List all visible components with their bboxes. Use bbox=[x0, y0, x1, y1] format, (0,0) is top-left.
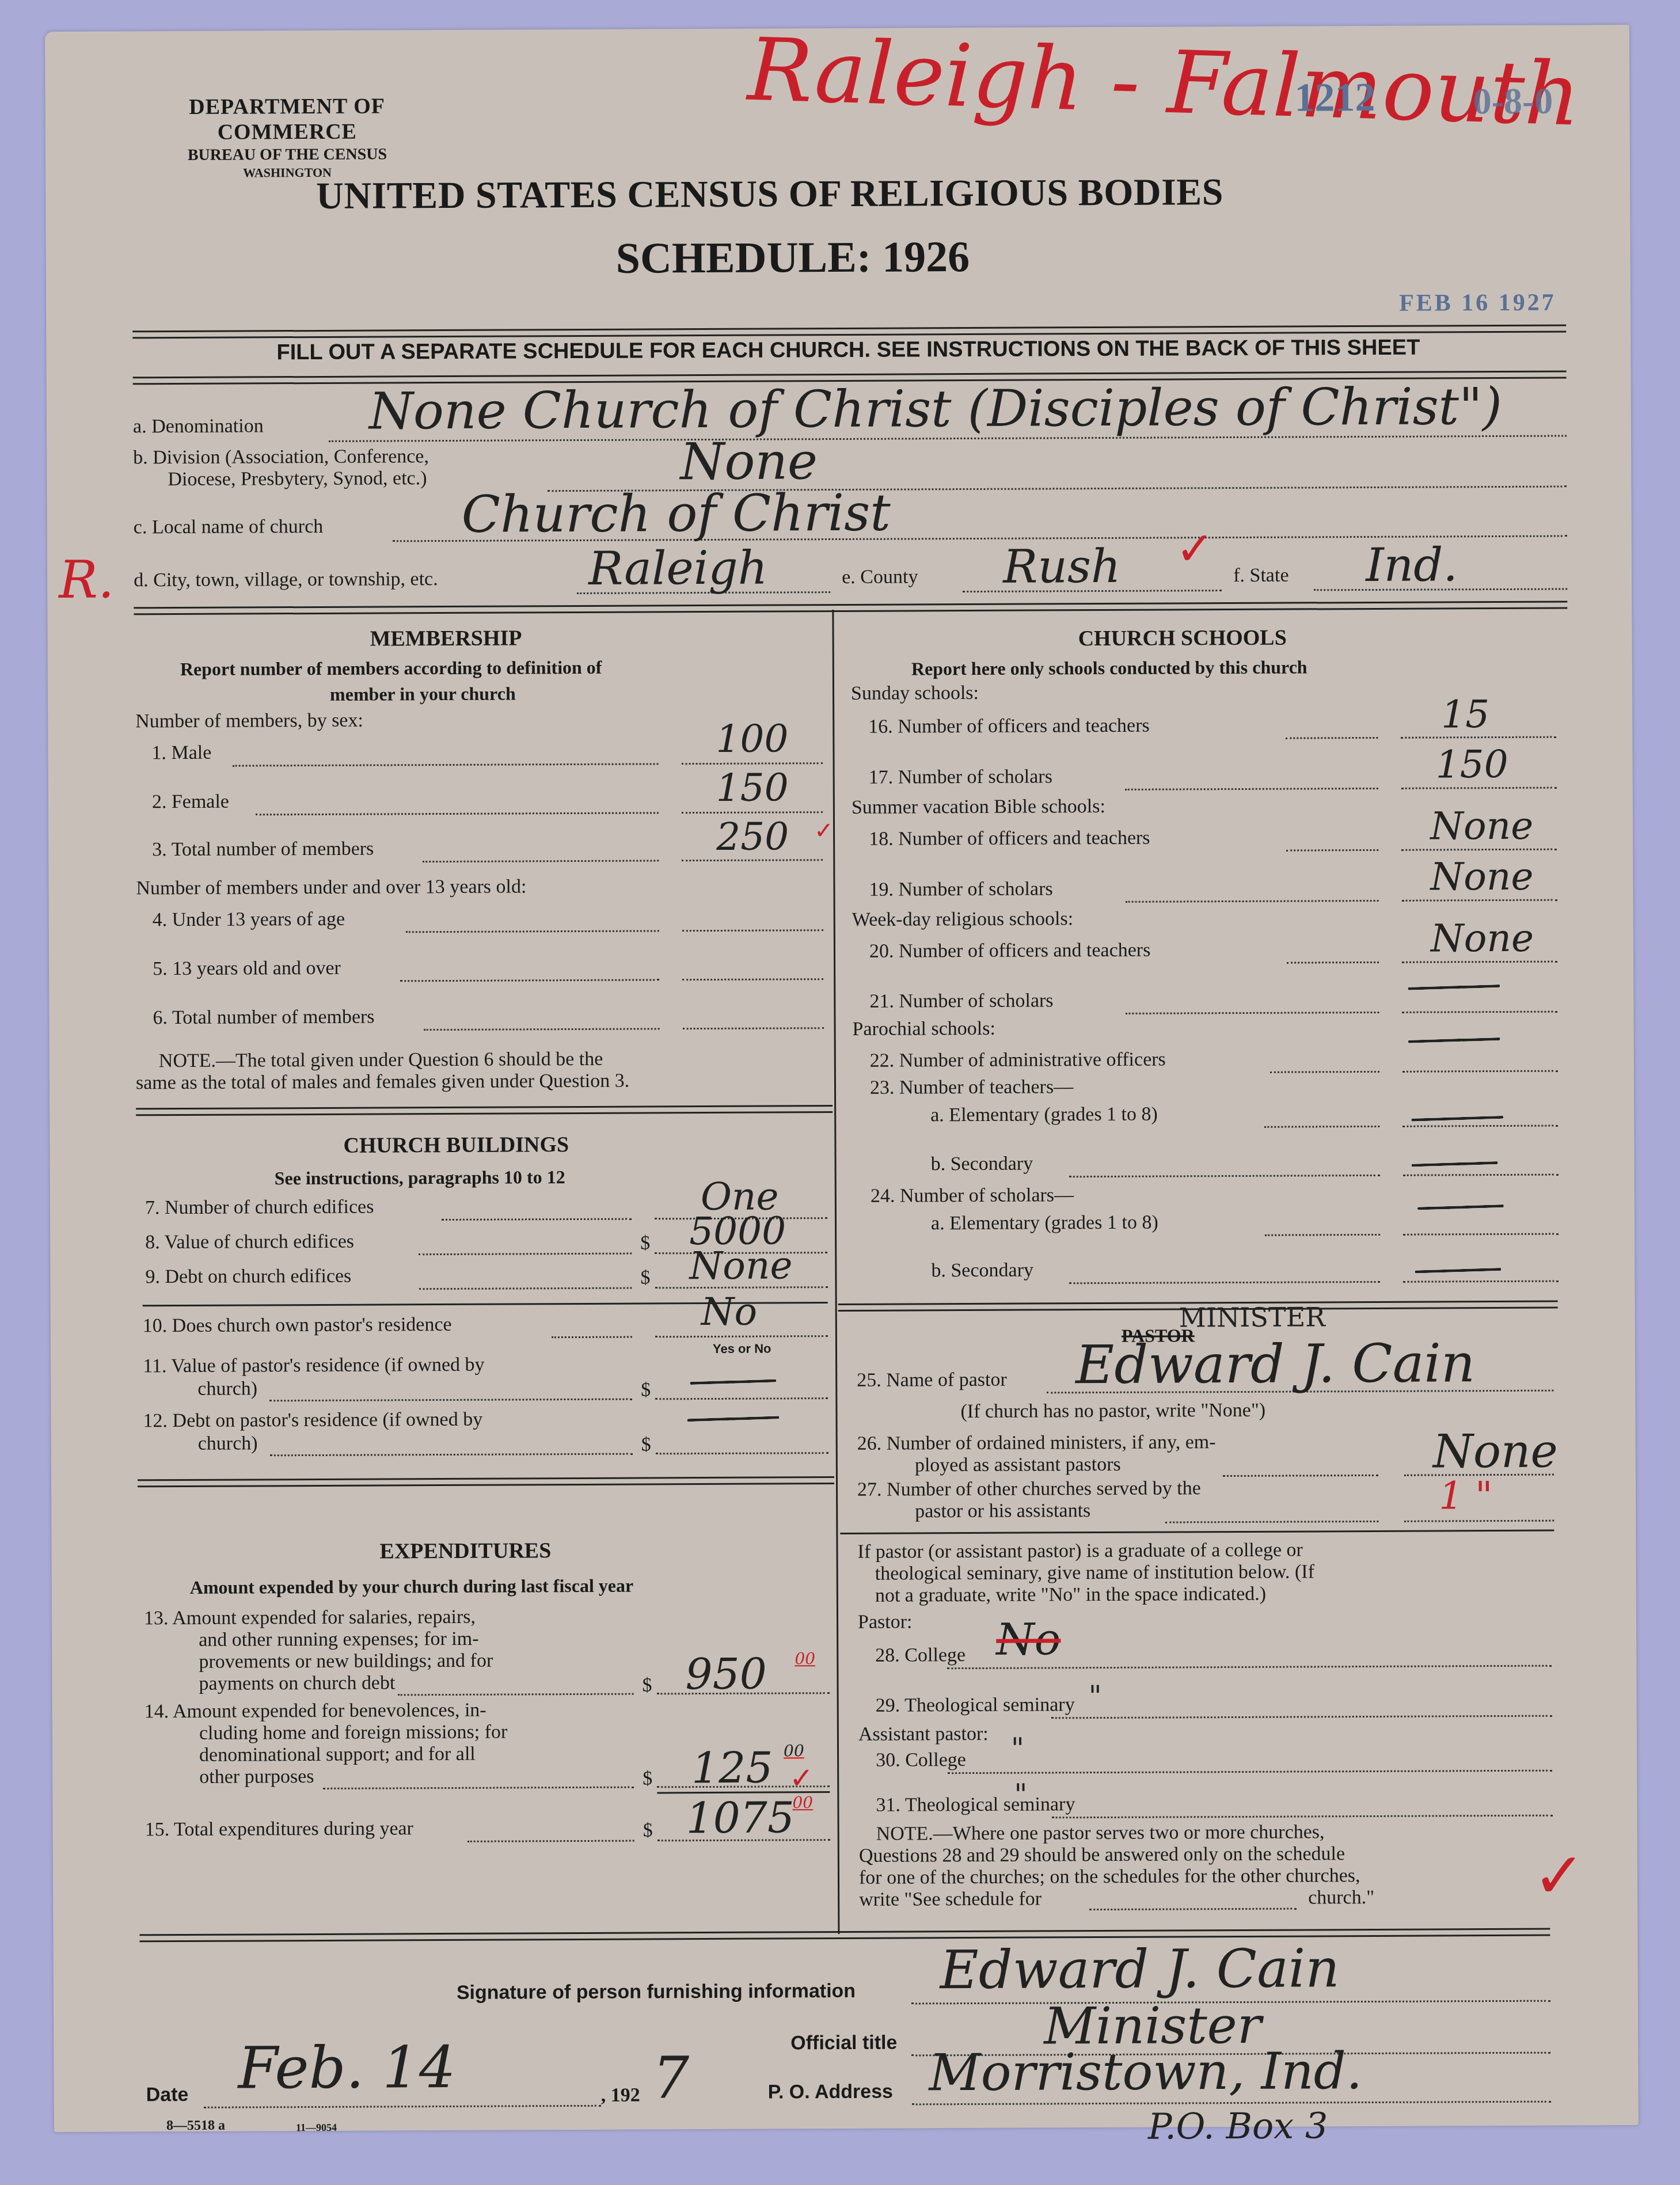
q13-line-4: payments on church debt bbox=[199, 1672, 395, 1694]
q6-leader bbox=[424, 1028, 660, 1031]
margin-check-icon: ✓ bbox=[1533, 1838, 1586, 1913]
q12-leader bbox=[270, 1453, 633, 1457]
q26-value[interactable]: None bbox=[1433, 1424, 1558, 1479]
q8-currency: $ bbox=[640, 1232, 650, 1254]
po-box-annotation: P.O. Box 3 bbox=[1148, 2104, 1328, 2147]
q29-value[interactable]: " bbox=[1089, 1679, 1102, 1713]
q2-value[interactable]: 150 bbox=[716, 765, 789, 810]
q6-field[interactable] bbox=[683, 1027, 824, 1029]
assistant-subhead: Assistant pastor: bbox=[858, 1723, 989, 1746]
q27-field[interactable] bbox=[1404, 1520, 1554, 1522]
q11-label-2: church) bbox=[197, 1378, 257, 1400]
q6-label: 6. Total number of members bbox=[153, 1006, 374, 1029]
buildings-rule bbox=[138, 1476, 834, 1487]
year-prefix: , 192 bbox=[601, 2085, 640, 2107]
q3-leader bbox=[423, 860, 659, 862]
q30-value[interactable]: " bbox=[1011, 1732, 1024, 1765]
q16-field[interactable] bbox=[1401, 736, 1556, 739]
q24a-dash bbox=[1417, 1204, 1504, 1210]
q21-field[interactable] bbox=[1402, 1011, 1557, 1013]
q17-leader bbox=[1125, 788, 1378, 791]
column-divider bbox=[832, 610, 839, 1934]
q1-label: 1. Male bbox=[151, 742, 211, 764]
q22-leader bbox=[1270, 1071, 1379, 1073]
q3-value[interactable]: 250 bbox=[716, 814, 789, 859]
graduate-text-1: If pastor (or assistant pastor) is a gra… bbox=[857, 1539, 1302, 1563]
q10-value[interactable]: No bbox=[701, 1290, 758, 1334]
department-header: DEPARTMENT OF COMMERCE BUREAU OF THE CEN… bbox=[137, 93, 437, 181]
q23b-label: b. Secondary bbox=[931, 1153, 1033, 1176]
q24-label: 24. Number of scholars— bbox=[871, 1184, 1074, 1207]
q19-value[interactable]: None bbox=[1430, 854, 1533, 899]
q26-label-2: ployed as assistant pastors bbox=[915, 1454, 1121, 1477]
q11-field[interactable] bbox=[655, 1397, 828, 1400]
q12-field[interactable] bbox=[656, 1452, 828, 1454]
q17-label: 17. Number of scholars bbox=[869, 766, 1052, 788]
graduate-text-3: not a graduate, write "No" in the space … bbox=[875, 1583, 1266, 1607]
q13-leader bbox=[398, 1693, 634, 1696]
county-value[interactable]: Rush bbox=[1003, 539, 1121, 594]
q14-line-2: cluding home and foreign missions; for bbox=[199, 1722, 508, 1745]
q13-value[interactable]: 950 bbox=[685, 1650, 767, 1700]
q14-line-3: denominational support; and for all bbox=[199, 1743, 476, 1766]
q15-value[interactable]: 1075 bbox=[686, 1793, 795, 1843]
q14-check-icon: ✓ bbox=[789, 1761, 814, 1795]
q21-dash bbox=[1408, 985, 1500, 990]
q23a-dash bbox=[1411, 1116, 1503, 1122]
q22-label: 22. Number of administrative officers bbox=[870, 1049, 1166, 1072]
q22-dash bbox=[1408, 1038, 1500, 1043]
red-heading-annotation: Raleigh - Falmouth bbox=[746, 20, 1582, 145]
denomination-value[interactable]: None Church of Christ (Disciples of Chri… bbox=[369, 377, 1502, 441]
q1-field[interactable] bbox=[682, 762, 823, 765]
q23a-field[interactable] bbox=[1402, 1125, 1558, 1127]
q22-field[interactable] bbox=[1402, 1070, 1558, 1073]
q24a-field[interactable] bbox=[1403, 1233, 1559, 1236]
minister-annotation: MINISTER bbox=[1179, 1301, 1325, 1333]
q23a-label: a. Elementary (grades 1 to 8) bbox=[930, 1104, 1158, 1127]
q8-label: 8. Value of church edifices bbox=[145, 1231, 354, 1254]
q2-field[interactable] bbox=[682, 811, 823, 814]
division-label-2: Diocese, Presbytery, Synod, etc.) bbox=[168, 468, 427, 491]
q30-label: 30. College bbox=[876, 1749, 966, 1772]
q16-label: 16. Number of officers and teachers bbox=[868, 715, 1150, 738]
q11-currency: $ bbox=[641, 1379, 651, 1401]
q3-label: 3. Total number of members bbox=[152, 838, 374, 861]
signature-label: Signature of person furnishing informati… bbox=[457, 1980, 856, 2004]
q4-leader bbox=[406, 930, 659, 933]
q25-value[interactable]: Edward J. Cain bbox=[1075, 1332, 1475, 1396]
q14-line-4: other purposes bbox=[199, 1766, 314, 1788]
q23-label: 23. Number of teachers— bbox=[870, 1076, 1073, 1099]
date-value[interactable]: Feb. 14 bbox=[238, 2034, 455, 2102]
division-label-1: b. Division (Association, Conference, bbox=[133, 446, 429, 469]
q13-line-3: provements or new buildings; and for bbox=[199, 1650, 493, 1673]
official-title-label: Official title bbox=[790, 2032, 897, 2055]
q9-currency: $ bbox=[640, 1267, 650, 1289]
check-mark-icon: ✓ bbox=[1176, 522, 1214, 576]
q17-field[interactable] bbox=[1401, 787, 1557, 789]
form-number: 8—5518 a bbox=[166, 2118, 225, 2134]
q12-dash bbox=[687, 1416, 779, 1422]
city-value[interactable]: Raleigh bbox=[588, 541, 767, 595]
q31-field[interactable] bbox=[1052, 1815, 1553, 1819]
q1-value[interactable]: 100 bbox=[716, 716, 788, 761]
by-sex-label: Number of members, by sex: bbox=[135, 710, 363, 733]
q10-label: 10. Does church own pastor's residence bbox=[143, 1314, 452, 1337]
q7-leader bbox=[442, 1218, 632, 1221]
q9-label: 9. Debt on church edifices bbox=[145, 1266, 351, 1289]
q24a-leader bbox=[1265, 1234, 1380, 1236]
q12-label-1: 12. Debt on pastor's residence (if owned… bbox=[143, 1409, 482, 1432]
parochial-schools-label: Parochial schools: bbox=[852, 1018, 995, 1040]
q13-currency: $ bbox=[642, 1674, 652, 1696]
q27-leader bbox=[1165, 1521, 1378, 1523]
signature-value[interactable]: Edward J. Cain bbox=[940, 1937, 1339, 2001]
q24b-label: b. Secondary bbox=[931, 1260, 1033, 1282]
q19-label: 19. Number of scholars bbox=[869, 878, 1052, 900]
expenditures-subtitle: Amount expended by your church during la… bbox=[190, 1575, 634, 1598]
county-label: e. County bbox=[842, 566, 918, 588]
q4-field[interactable] bbox=[682, 929, 823, 932]
q21-leader bbox=[1126, 1012, 1379, 1014]
division-value[interactable]: None bbox=[680, 431, 818, 491]
membership-note-1: NOTE.—The total given under Question 6 s… bbox=[159, 1048, 603, 1072]
q17-value[interactable]: 150 bbox=[1435, 742, 1508, 787]
q29-field[interactable] bbox=[1051, 1715, 1552, 1719]
pastor-subhead: Pastor: bbox=[858, 1611, 913, 1633]
pastor-note-1: NOTE.—Where one pastor serves two or mor… bbox=[876, 1821, 1325, 1845]
q23b-leader bbox=[1069, 1175, 1380, 1177]
q12-currency: $ bbox=[641, 1434, 651, 1456]
q31-value[interactable]: " bbox=[1014, 1778, 1027, 1811]
state-label: f. State bbox=[1233, 565, 1288, 587]
q31-label: 31. Theological seminary bbox=[876, 1793, 1075, 1817]
q20-label: 20. Number of officers and teachers bbox=[869, 940, 1151, 963]
q15-leader bbox=[467, 1840, 634, 1842]
instruction-banner: FILL OUT A SEPARATE SCHEDULE FOR EACH CH… bbox=[276, 336, 1420, 366]
q8-leader bbox=[419, 1253, 632, 1256]
q21-label: 21. Number of scholars bbox=[869, 990, 1053, 1012]
city-label: d. City, town, village, or township, etc… bbox=[134, 568, 438, 591]
weekday-schools-label: Week-day religious schools: bbox=[852, 908, 1074, 931]
q2-label: 2. Female bbox=[152, 791, 229, 814]
q14-currency: $ bbox=[643, 1768, 652, 1789]
pastor-mid-rule bbox=[840, 1530, 1554, 1534]
q14-cents: 00 bbox=[784, 1741, 804, 1760]
buildings-subtitle: See instructions, paragraphs 10 to 12 bbox=[275, 1166, 565, 1189]
print-number: 11—9054 bbox=[296, 2122, 337, 2134]
q14-value[interactable]: 125 bbox=[691, 1743, 773, 1793]
q5-field[interactable] bbox=[682, 978, 823, 981]
expenditures-title: EXPENDITURES bbox=[379, 1538, 551, 1564]
local-name-value[interactable]: Church of Christ bbox=[461, 483, 890, 544]
department-name: DEPARTMENT OF COMMERCE bbox=[137, 93, 436, 145]
q14-line-1: 14. Amount expended for benevolences, in… bbox=[145, 1700, 486, 1723]
denomination-label: a. Denomination bbox=[133, 415, 264, 438]
summer-schools-label: Summer vacation Bible schools: bbox=[852, 796, 1105, 819]
q9-value[interactable]: None bbox=[689, 1243, 792, 1288]
membership-subtitle-2: member in your church bbox=[330, 683, 516, 705]
po-address-label: P. O. Address bbox=[768, 2081, 893, 2104]
q3-check-icon: ✓ bbox=[814, 817, 834, 844]
q29-label: 29. Theological seminary bbox=[876, 1694, 1075, 1717]
membership-rule bbox=[136, 1105, 833, 1116]
q24b-leader bbox=[1069, 1281, 1380, 1284]
buildings-title: CHURCH BUILDINGS bbox=[343, 1132, 569, 1158]
q13-line-2: and other running expenses; for im- bbox=[199, 1628, 478, 1651]
pastor-note-3: for one of the churches; on the schedule… bbox=[859, 1865, 1360, 1889]
q24b-dash bbox=[1415, 1268, 1501, 1274]
q18-field[interactable] bbox=[1401, 849, 1557, 851]
q20-field[interactable] bbox=[1402, 961, 1557, 963]
q3-field[interactable] bbox=[682, 859, 823, 861]
q16-leader bbox=[1286, 737, 1378, 739]
q18-label: 18. Number of officers and teachers bbox=[869, 827, 1150, 850]
q2-leader bbox=[256, 812, 659, 815]
q9-leader bbox=[419, 1287, 632, 1290]
stamp-number: 1212 bbox=[1294, 75, 1375, 121]
form-title: UNITED STATES CENSUS OF RELIGIOUS BODIES bbox=[316, 170, 1223, 218]
q1-leader bbox=[233, 763, 659, 766]
local-name-label: c. Local name of church bbox=[134, 516, 324, 538]
q18-leader bbox=[1286, 849, 1378, 852]
see-schedule-field[interactable] bbox=[1089, 1908, 1297, 1911]
q7-label: 7. Number of church edifices bbox=[145, 1196, 374, 1219]
schools-title: CHURCH SCHOOLS bbox=[1078, 625, 1287, 652]
q26-leader bbox=[1223, 1475, 1378, 1477]
sunday-schools-label: Sunday schools: bbox=[851, 682, 979, 705]
received-date-stamp: FEB 16 1927 bbox=[1399, 289, 1556, 317]
q10-leader bbox=[552, 1336, 632, 1339]
q25-hint: (If church has no pastor, write "None") bbox=[960, 1400, 1265, 1423]
membership-note-2: same as the total of males and females g… bbox=[136, 1070, 629, 1095]
q13-line-1: 13. Amount expended for salaries, repair… bbox=[144, 1606, 476, 1630]
q11-label-1: 11. Value of pastor's residence (if owne… bbox=[143, 1354, 485, 1378]
pastor-note-2: Questions 28 and 29 should be answered o… bbox=[859, 1843, 1345, 1867]
q5-leader bbox=[400, 979, 659, 982]
q16-value[interactable]: 15 bbox=[1441, 692, 1489, 736]
q28-label: 28. College bbox=[875, 1644, 966, 1667]
pastor-note-4-end: church." bbox=[1308, 1887, 1374, 1909]
q28-value[interactable]: No bbox=[996, 1613, 1061, 1665]
q14-leader bbox=[323, 1787, 634, 1789]
identification-rule bbox=[134, 601, 1567, 615]
census-schedule-sheet: DEPARTMENT OF COMMERCE BUREAU OF THE CEN… bbox=[45, 25, 1639, 2132]
stamp-code: 0-8-0 bbox=[1473, 80, 1553, 123]
bureau-name: BUREAU OF THE CENSUS bbox=[138, 145, 437, 165]
q23a-leader bbox=[1264, 1126, 1379, 1128]
margin-r-mark: R. bbox=[59, 549, 115, 610]
q10-hint: Yes or No bbox=[713, 1342, 771, 1356]
q12-label-2: church) bbox=[198, 1432, 258, 1454]
q27-label-1: 27. Number of other churches served by t… bbox=[857, 1477, 1201, 1501]
q27-value[interactable]: 1 " bbox=[1439, 1473, 1493, 1518]
q23b-field[interactable] bbox=[1403, 1174, 1559, 1176]
pastor-note-4: write "See schedule for bbox=[859, 1888, 1042, 1910]
by-age-label: Number of members under and over 13 year… bbox=[136, 876, 526, 899]
q15-currency: $ bbox=[643, 1819, 653, 1841]
date-field[interactable] bbox=[204, 2105, 601, 2108]
schools-subtitle: Report here only schools conducted by th… bbox=[911, 656, 1307, 679]
q15-label: 15. Total expenditures during year bbox=[145, 1818, 413, 1841]
membership-title: MEMBERSHIP bbox=[370, 625, 522, 651]
membership-subtitle-1: Report number of members according to de… bbox=[180, 657, 602, 680]
schedule-year: SCHEDULE: 1926 bbox=[616, 232, 970, 284]
q15-cents: 00 bbox=[792, 1793, 813, 1812]
date-label: Date bbox=[146, 2084, 189, 2106]
q24a-label: a. Elementary (grades 1 to 8) bbox=[931, 1212, 1158, 1235]
q18-value[interactable]: None bbox=[1430, 804, 1533, 849]
q26-label-1: 26. Number of ordained ministers, if any… bbox=[857, 1431, 1216, 1455]
q19-leader bbox=[1126, 900, 1379, 903]
q10-field[interactable] bbox=[655, 1335, 828, 1337]
q19-field[interactable] bbox=[1402, 899, 1557, 902]
state-value[interactable]: Ind. bbox=[1366, 538, 1458, 592]
q4-label: 4. Under 13 years of age bbox=[153, 909, 345, 931]
q11-leader bbox=[269, 1399, 632, 1402]
q27-label-2: pastor or his assistants bbox=[915, 1500, 1090, 1522]
q20-value[interactable]: None bbox=[1431, 916, 1534, 961]
year-suffix[interactable]: 7 bbox=[652, 2044, 689, 2111]
q28-field[interactable] bbox=[947, 1665, 1552, 1670]
q30-field[interactable] bbox=[948, 1770, 1552, 1774]
q11-dash bbox=[690, 1380, 776, 1385]
q13-cents: 00 bbox=[795, 1649, 815, 1668]
q5-label: 5. 13 years old and over bbox=[153, 957, 341, 980]
po-address-value[interactable]: Morristown, Ind. bbox=[929, 2041, 1362, 2102]
q25-label: 25. Name of pastor bbox=[857, 1369, 1007, 1392]
q23b-dash bbox=[1412, 1161, 1498, 1167]
graduate-text-2: theological seminary, give name of insti… bbox=[875, 1561, 1314, 1584]
q20-leader bbox=[1287, 962, 1379, 964]
q24b-field[interactable] bbox=[1403, 1280, 1559, 1283]
